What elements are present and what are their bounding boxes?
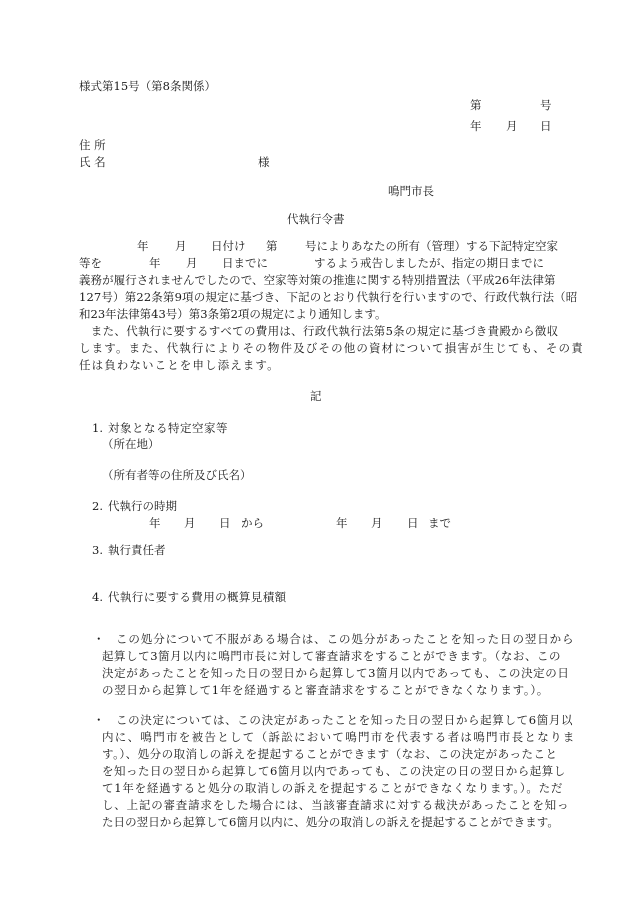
notice-1-line-4: の翌日から起算して1年を経過すると審査請求をすることができなくなります。）。	[102, 685, 549, 697]
issuer: 鳴門市長	[388, 186, 434, 198]
p1-text: 号によりあなたの所有（管理）する下記特定空家	[305, 241, 558, 253]
period-from-month: 月	[184, 518, 196, 530]
notice-2-line-5: て1年を経過すると処分の取消しの訴えを提起することができなくなります。）。ただ	[102, 783, 563, 795]
p2-line-2: します。また、代執行によりその物件及びその他の資材について損害が生じても、その責	[79, 343, 584, 355]
period-from-day: 日	[219, 518, 231, 530]
period-to-day: 日	[407, 518, 419, 530]
period-to-year: 年	[336, 518, 348, 530]
date-month: 月	[506, 121, 518, 133]
notice-1-bullet: ・	[93, 634, 105, 646]
notice-2-bullet: ・	[93, 715, 105, 727]
p1-month: 月	[175, 241, 187, 253]
date-year: 年	[470, 121, 482, 133]
document-title: 代執行令書	[287, 214, 345, 226]
ki-label: 記	[310, 391, 322, 403]
period-from-year: 年	[149, 518, 161, 530]
honorific: 様	[258, 157, 270, 169]
date-day: 日	[540, 121, 552, 133]
notice-1-line-3: 決定があったことを知った日の翌日から起算して3箇月以内であっても、この決定の日	[102, 668, 569, 680]
p1-date-suffix: 日付け	[211, 241, 246, 253]
item-2-label: 代執行の時期	[108, 501, 177, 513]
name-label: 氏 名	[79, 157, 106, 169]
item-2-number: 2.	[92, 501, 103, 513]
form-label: 様式第15号（第8条関係）	[79, 81, 216, 93]
item-1-label: 対象となる特定空家等	[108, 423, 228, 435]
p1-year: 年	[137, 241, 149, 253]
p1-l2-month: 月	[186, 258, 198, 270]
notice-1-line-2: 起算して3箇月以内に鳴門市長に対して審査請求をすることができます。（なお、この	[102, 651, 561, 663]
notice-2-line-1: この決定については、この決定があったことを知った日の翌日から起算して6箇月以	[116, 715, 573, 727]
p1-l2-start: 等を	[79, 258, 102, 270]
item-3-number: 3.	[92, 545, 103, 557]
notice-2-line-3: す。）、処分の取消しの訴えを提起することができます（なお、この決定があったこと	[102, 749, 557, 761]
item-4-label: 代執行に要する費用の概算見積額	[108, 592, 287, 604]
item-3-label: 執行責任者	[108, 545, 166, 557]
item-1-number: 1.	[92, 423, 103, 435]
period-to-month: 月	[371, 518, 383, 530]
item-4-number: 4.	[92, 592, 103, 604]
p1-line-5: 和23年法律第43号）第3条第2項の規定により通知します。	[79, 309, 386, 321]
p1-l2-text: するよう戒告しましたが、指定の期日までに	[314, 258, 544, 270]
address-label: 住 所	[79, 140, 106, 152]
notice-2-line-4: を知った日の翌日から起算して6箇月以内であっても、この決定の日の翌日から起算し	[102, 766, 566, 778]
notice-2-line-6: し、上記の審査請求をした場合には、当該審査請求に対する裁決があったことを知っ	[102, 800, 569, 812]
document-number-prefix: 第	[470, 100, 482, 112]
p1-line-3: 義務が履行されませんでしたので、空家等対策の推進に関する特別措置法（平成26年法…	[79, 275, 556, 287]
period-to-label: まで	[428, 518, 451, 530]
notice-1-line-1: この処分について不服がある場合は、この処分があったことを知った日の翌日から	[116, 634, 574, 646]
item-1-location: （所在地）	[102, 439, 160, 451]
p1-line-4: 127号）第22条第9項の規定に基づき、下記のとおり代執行を行いますので、行政代…	[79, 292, 577, 304]
p1-l2-year: 年	[149, 258, 161, 270]
notice-2-line-2: 内に、鳴門市を被告として（訴訟において鳴門市を代表する者は鳴門市長となりま	[102, 732, 576, 744]
p2-line-3: 任は負わないことを申し添えます。	[79, 360, 280, 372]
p2-line-1: また、代執行に要するすべての費用は、行政代執行法第5条の規定に基づき貴殿から徴収	[79, 326, 558, 338]
p1-l2-date: 日までに	[222, 258, 268, 270]
item-1-owner: （所有者等の住所及び氏名）	[102, 470, 252, 482]
notice-2-line-7: た日の翌日から起算して6箇月以内に、処分の取消しの訴えを提起することができます。	[102, 817, 559, 829]
document-number-suffix: 号	[540, 100, 552, 112]
period-from-label: から	[241, 518, 264, 530]
p1-number-prefix: 第	[266, 241, 278, 253]
